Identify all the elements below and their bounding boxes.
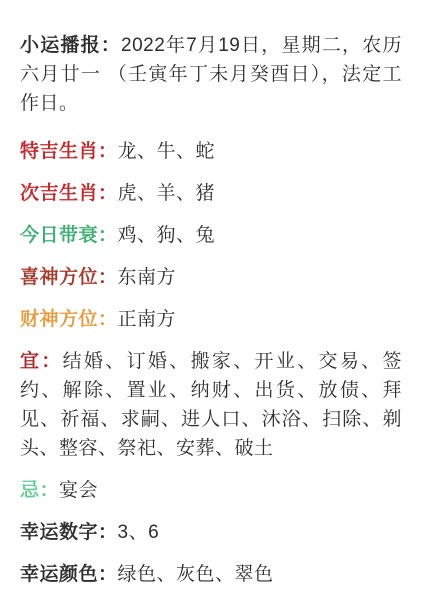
fortune-report-page: 小运播报：2022年7月19日，星期二，农历六月廿一 （壬寅年丁未月癸酉日），法… <box>0 0 423 600</box>
section-wealth-god-direction-text: 正南方 <box>118 309 177 330</box>
section-secondary-lucky-zodiac-label: 次吉生肖： <box>20 183 118 204</box>
section-avoid-label: 忌： <box>20 480 59 501</box>
section-suitable-label: 宜： <box>20 351 63 372</box>
section-joy-god-direction-text: 东南方 <box>118 267 177 288</box>
section-suitable-text: 结婚、订婚、搬家、开业、交易、签约、解除、置业、纳财、出货、放债、拜见、祈福、求… <box>20 351 402 459</box>
section-unlucky-zodiac: 今日带衰：鸡、狗、兔 <box>20 221 402 250</box>
section-unlucky-zodiac-text: 鸡、狗、兔 <box>118 225 216 246</box>
section-avoid: 忌：宴会 <box>20 476 402 505</box>
section-lucky-colors-label: 幸运颜色： <box>20 564 118 585</box>
section-lucky-numbers: 幸运数字：3、6 <box>20 518 402 547</box>
section-special-lucky-zodiac-label: 特吉生肖： <box>20 141 118 162</box>
section-special-lucky-zodiac-text: 龙、牛、蛇 <box>118 141 216 162</box>
section-secondary-lucky-zodiac-text: 虎、羊、猪 <box>118 183 216 204</box>
section-joy-god-direction: 喜神方位：东南方 <box>20 263 402 292</box>
section-wealth-god-direction-label: 财神方位： <box>20 309 118 330</box>
section-intro-label: 小运播报： <box>20 35 121 56</box>
section-avoid-text: 宴会 <box>59 480 98 501</box>
section-secondary-lucky-zodiac: 次吉生肖：虎、羊、猪 <box>20 179 402 208</box>
section-lucky-numbers-text: 3、6 <box>118 522 160 543</box>
section-intro: 小运播报：2022年7月19日，星期二，农历六月廿一 （壬寅年丁未月癸酉日），法… <box>20 31 402 118</box>
section-joy-god-direction-label: 喜神方位： <box>20 267 118 288</box>
section-suitable: 宜：结婚、订婚、搬家、开业、交易、签约、解除、置业、纳财、出货、放债、拜见、祈福… <box>20 347 402 463</box>
section-lucky-colors: 幸运颜色：绿色、灰色、翠色 <box>20 560 402 589</box>
section-lucky-colors-text: 绿色、灰色、翠色 <box>118 564 274 585</box>
section-wealth-god-direction: 财神方位：正南方 <box>20 305 402 334</box>
section-special-lucky-zodiac: 特吉生肖：龙、牛、蛇 <box>20 137 402 166</box>
section-lucky-numbers-label: 幸运数字： <box>20 522 118 543</box>
section-unlucky-zodiac-label: 今日带衰： <box>20 225 118 246</box>
